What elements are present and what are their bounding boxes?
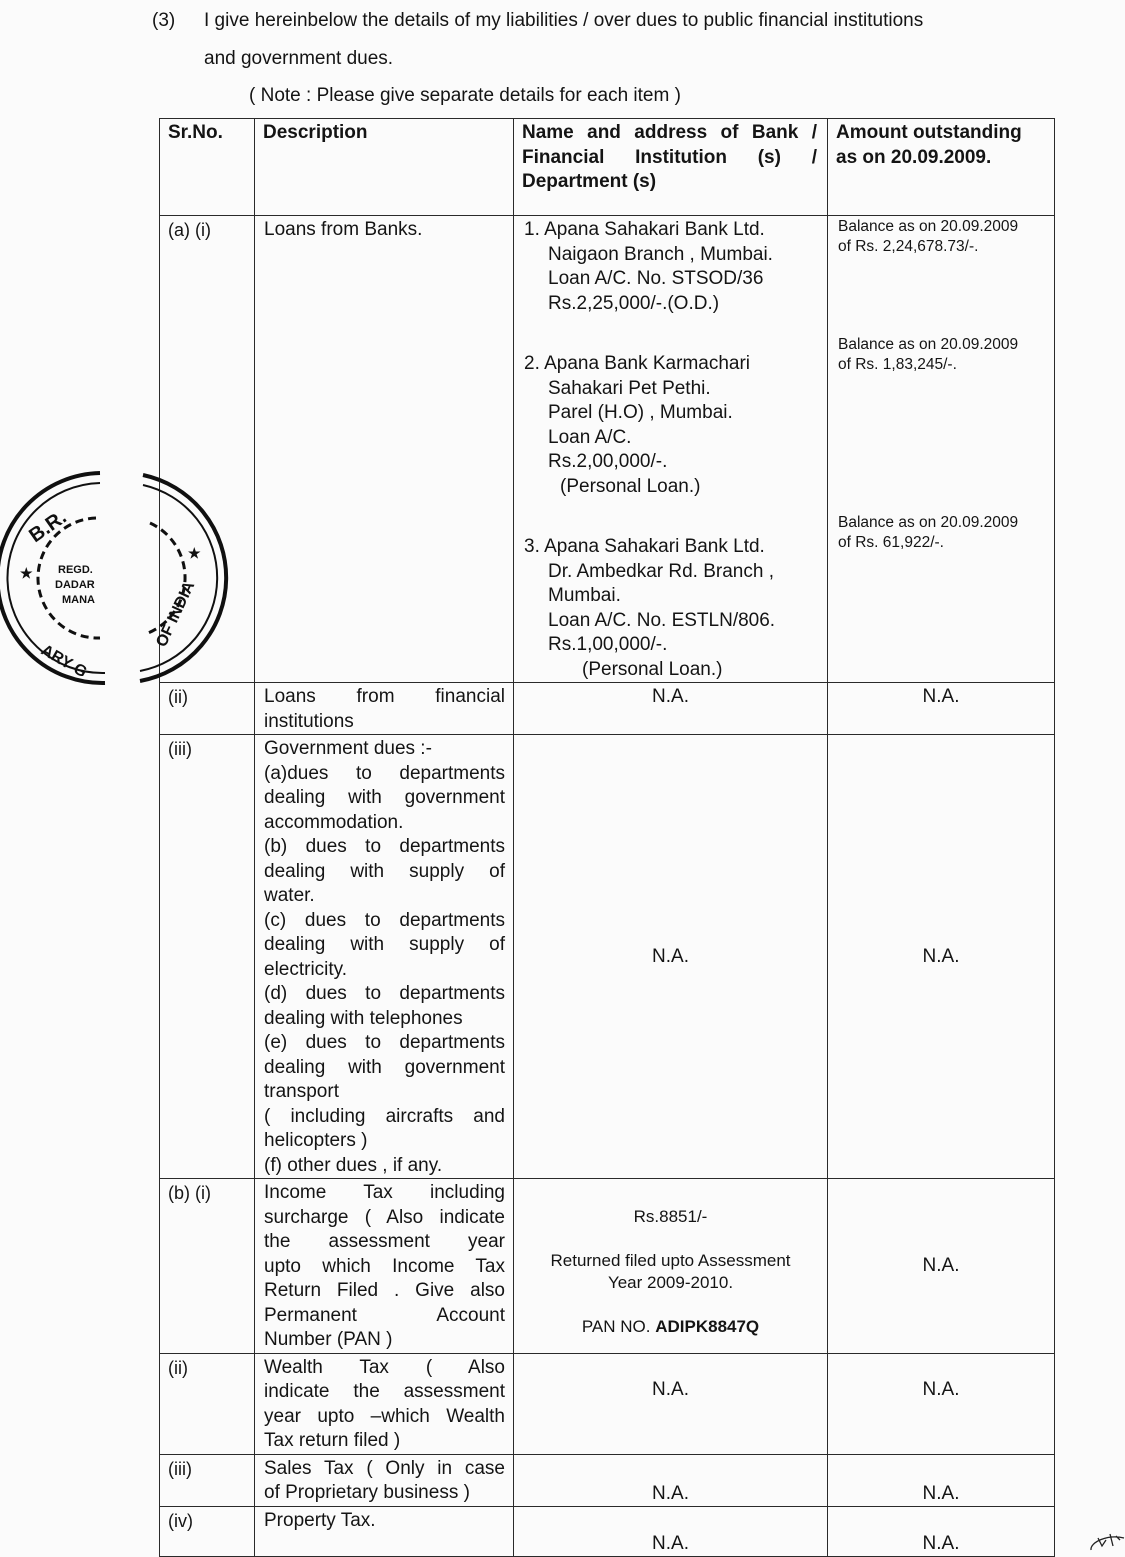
description-line: dealing with government <box>264 1056 505 1081</box>
description-line: ( including aircrafts and <box>264 1105 505 1130</box>
returns-filed-line1: Returned filed upto Assessment <box>514 1228 827 1272</box>
description-line: of Proprietary business ) <box>264 1481 505 1506</box>
header-bank: Name and address of Bank / Financial Ins… <box>514 119 828 216</box>
header-description: Description <box>255 119 514 216</box>
description-line: institutions <box>264 710 505 735</box>
description-line: surcharge ( Also indicate <box>264 1206 505 1231</box>
description-line: upto which Income Tax <box>264 1255 505 1280</box>
description-line: dealing with telephones <box>264 1007 505 1032</box>
description-line: the assessment year <box>264 1230 505 1255</box>
description-line: helicopters ) <box>264 1129 505 1154</box>
cell-balances: Balance as on 20.09.2009of Rs. 2,24,678.… <box>828 216 1055 683</box>
balance-entry: Balance as on 20.09.2009of Rs. 2,24,678.… <box>838 217 1054 257</box>
svg-text:B.R.: B.R. <box>25 506 70 547</box>
bank-entry: 1. Apana Sahakari Bank Ltd.Naigaon Branc… <box>524 218 827 316</box>
description-line: Wealth Tax ( Also <box>264 1356 505 1381</box>
svg-text:MANA: MANA <box>62 594 95 606</box>
table-row: (ii) Wealth Tax ( Alsoindicate the asses… <box>160 1353 1055 1454</box>
table-row: (a) (i) Loans from Banks. 1. Apana Sahak… <box>160 216 1055 683</box>
description-line: (f) other dues , if any. <box>264 1154 505 1179</box>
description-line: electricity. <box>264 958 505 983</box>
intro-line-1: I give hereinbelow the details of my lia… <box>204 11 923 30</box>
cell-amount: N.A. <box>828 1179 1055 1354</box>
cell-bank: N.A. <box>514 683 828 735</box>
cell-sr: (iv) <box>160 1506 255 1556</box>
description-line: (a)dues to departments <box>264 762 505 787</box>
cell-bank: N.A. <box>514 1454 828 1506</box>
cell-description: Sales Tax ( Only in caseof Proprietary b… <box>255 1454 514 1506</box>
svg-text:DADAR: DADAR <box>55 579 95 591</box>
description-line: water. <box>264 884 505 909</box>
cell-bank: N.A. <box>514 1353 828 1454</box>
cell-sr: (ii) <box>160 1353 255 1454</box>
returns-filed-line2: Year 2009-2010. <box>514 1272 827 1294</box>
bank-entries: 1. Apana Sahakari Bank Ltd.Naigaon Branc… <box>514 216 827 682</box>
intro-note: ( Note : Please give separate details fo… <box>249 86 681 105</box>
cell-sr: (b) (i) <box>160 1179 255 1354</box>
cell-amount: N.A. <box>828 735 1055 1179</box>
cell-sr: (a) (i) <box>160 216 255 683</box>
cell-description: Government dues :-(a)dues to departments… <box>255 735 514 1179</box>
cell-amount: N.A. <box>828 683 1055 735</box>
cell-amount: N.A. <box>828 1506 1055 1556</box>
pan-number: PAN NO. ADIPK8847Q <box>514 1294 827 1338</box>
description-line: Return Filed . Give also <box>264 1279 505 1304</box>
svg-text:★: ★ <box>20 565 33 581</box>
balance-entries: Balance as on 20.09.2009of Rs. 2,24,678.… <box>828 216 1054 553</box>
description-line: transport <box>264 1080 505 1105</box>
description-line: (c) dues to departments <box>264 909 505 934</box>
bank-entry: 2. Apana Bank KarmachariSahakari Pet Pet… <box>524 352 827 499</box>
table-row: (iii) Sales Tax ( Only in caseof Proprie… <box>160 1454 1055 1506</box>
description-line: Loans from financial <box>264 685 505 710</box>
cell-sr: (iii) <box>160 735 255 1179</box>
header-amount: Amount outstanding as on 20.09.2009. <box>828 119 1055 216</box>
svg-text:REGD.: REGD. <box>58 564 93 576</box>
svg-text:ARY G: ARY G <box>38 642 90 682</box>
cell-amount: N.A. <box>828 1353 1055 1454</box>
description-line: dealing with supply of <box>264 860 505 885</box>
description-line: accommodation. <box>264 811 505 836</box>
balance-entry: Balance as on 20.09.2009of Rs. 1,83,245/… <box>838 335 1054 375</box>
cell-description: Loans from Banks. <box>255 216 514 683</box>
cell-bank: N.A. <box>514 735 828 1179</box>
description-line: year upto –which Wealth <box>264 1405 505 1430</box>
signature-mark-icon <box>1088 1528 1125 1556</box>
description-line: Income Tax including <box>264 1181 505 1206</box>
cell-income-tax-details: Rs.8851/- Returned filed upto Assessment… <box>514 1179 828 1354</box>
section-number: (3) <box>152 11 175 30</box>
description-line: dealing with government <box>264 786 505 811</box>
cell-amount: N.A. <box>828 1454 1055 1506</box>
description-line: Sales Tax ( Only in case <box>264 1457 505 1482</box>
income-tax-amount: Rs.8851/- <box>514 1179 827 1228</box>
description-line: indicate the assessment <box>264 1380 505 1405</box>
cell-bank: N.A. <box>514 1506 828 1556</box>
table-row: (iii) Government dues :-(a)dues to depar… <box>160 735 1055 1179</box>
cell-sr: (ii) <box>160 683 255 735</box>
table-row: (iv) Property Tax. N.A. N.A. <box>160 1506 1055 1556</box>
description-line: Tax return filed ) <box>264 1429 505 1454</box>
liabilities-table: Sr.No. Description Name and address of B… <box>159 118 1055 1557</box>
cell-description: Loans from financialinstitutions <box>255 683 514 735</box>
cell-sr: (iii) <box>160 1454 255 1506</box>
description-line: Number (PAN ) <box>264 1328 505 1353</box>
header-sr-no: Sr.No. <box>160 119 255 216</box>
cell-description: Property Tax. <box>255 1506 514 1556</box>
description-line: (e) dues to departments <box>264 1031 505 1056</box>
bank-entry: 3. Apana Sahakari Bank Ltd.Dr. Ambedkar … <box>524 535 827 682</box>
table-row: (ii) Loans from financialinstitutions N.… <box>160 683 1055 735</box>
description-line: (d) dues to departments <box>264 982 505 1007</box>
table-row: (b) (i) Income Tax includingsurcharge ( … <box>160 1179 1055 1354</box>
table-header-row: Sr.No. Description Name and address of B… <box>160 119 1055 216</box>
description-line: dealing with supply of <box>264 933 505 958</box>
intro-line-2: and government dues. <box>204 49 393 68</box>
balance-entry: Balance as on 20.09.2009of Rs. 61,922/-. <box>838 513 1054 553</box>
cell-description: Wealth Tax ( Alsoindicate the assessment… <box>255 1353 514 1454</box>
description-line: (b) dues to departments <box>264 835 505 860</box>
description-line: Property Tax. <box>264 1509 505 1534</box>
description-line: Government dues :- <box>264 737 505 762</box>
cell-description: Income Tax includingsurcharge ( Also ind… <box>255 1179 514 1354</box>
description-line: Permanent Account <box>264 1304 505 1329</box>
cell-bank-list: 1. Apana Sahakari Bank Ltd.Naigaon Branc… <box>514 216 828 683</box>
